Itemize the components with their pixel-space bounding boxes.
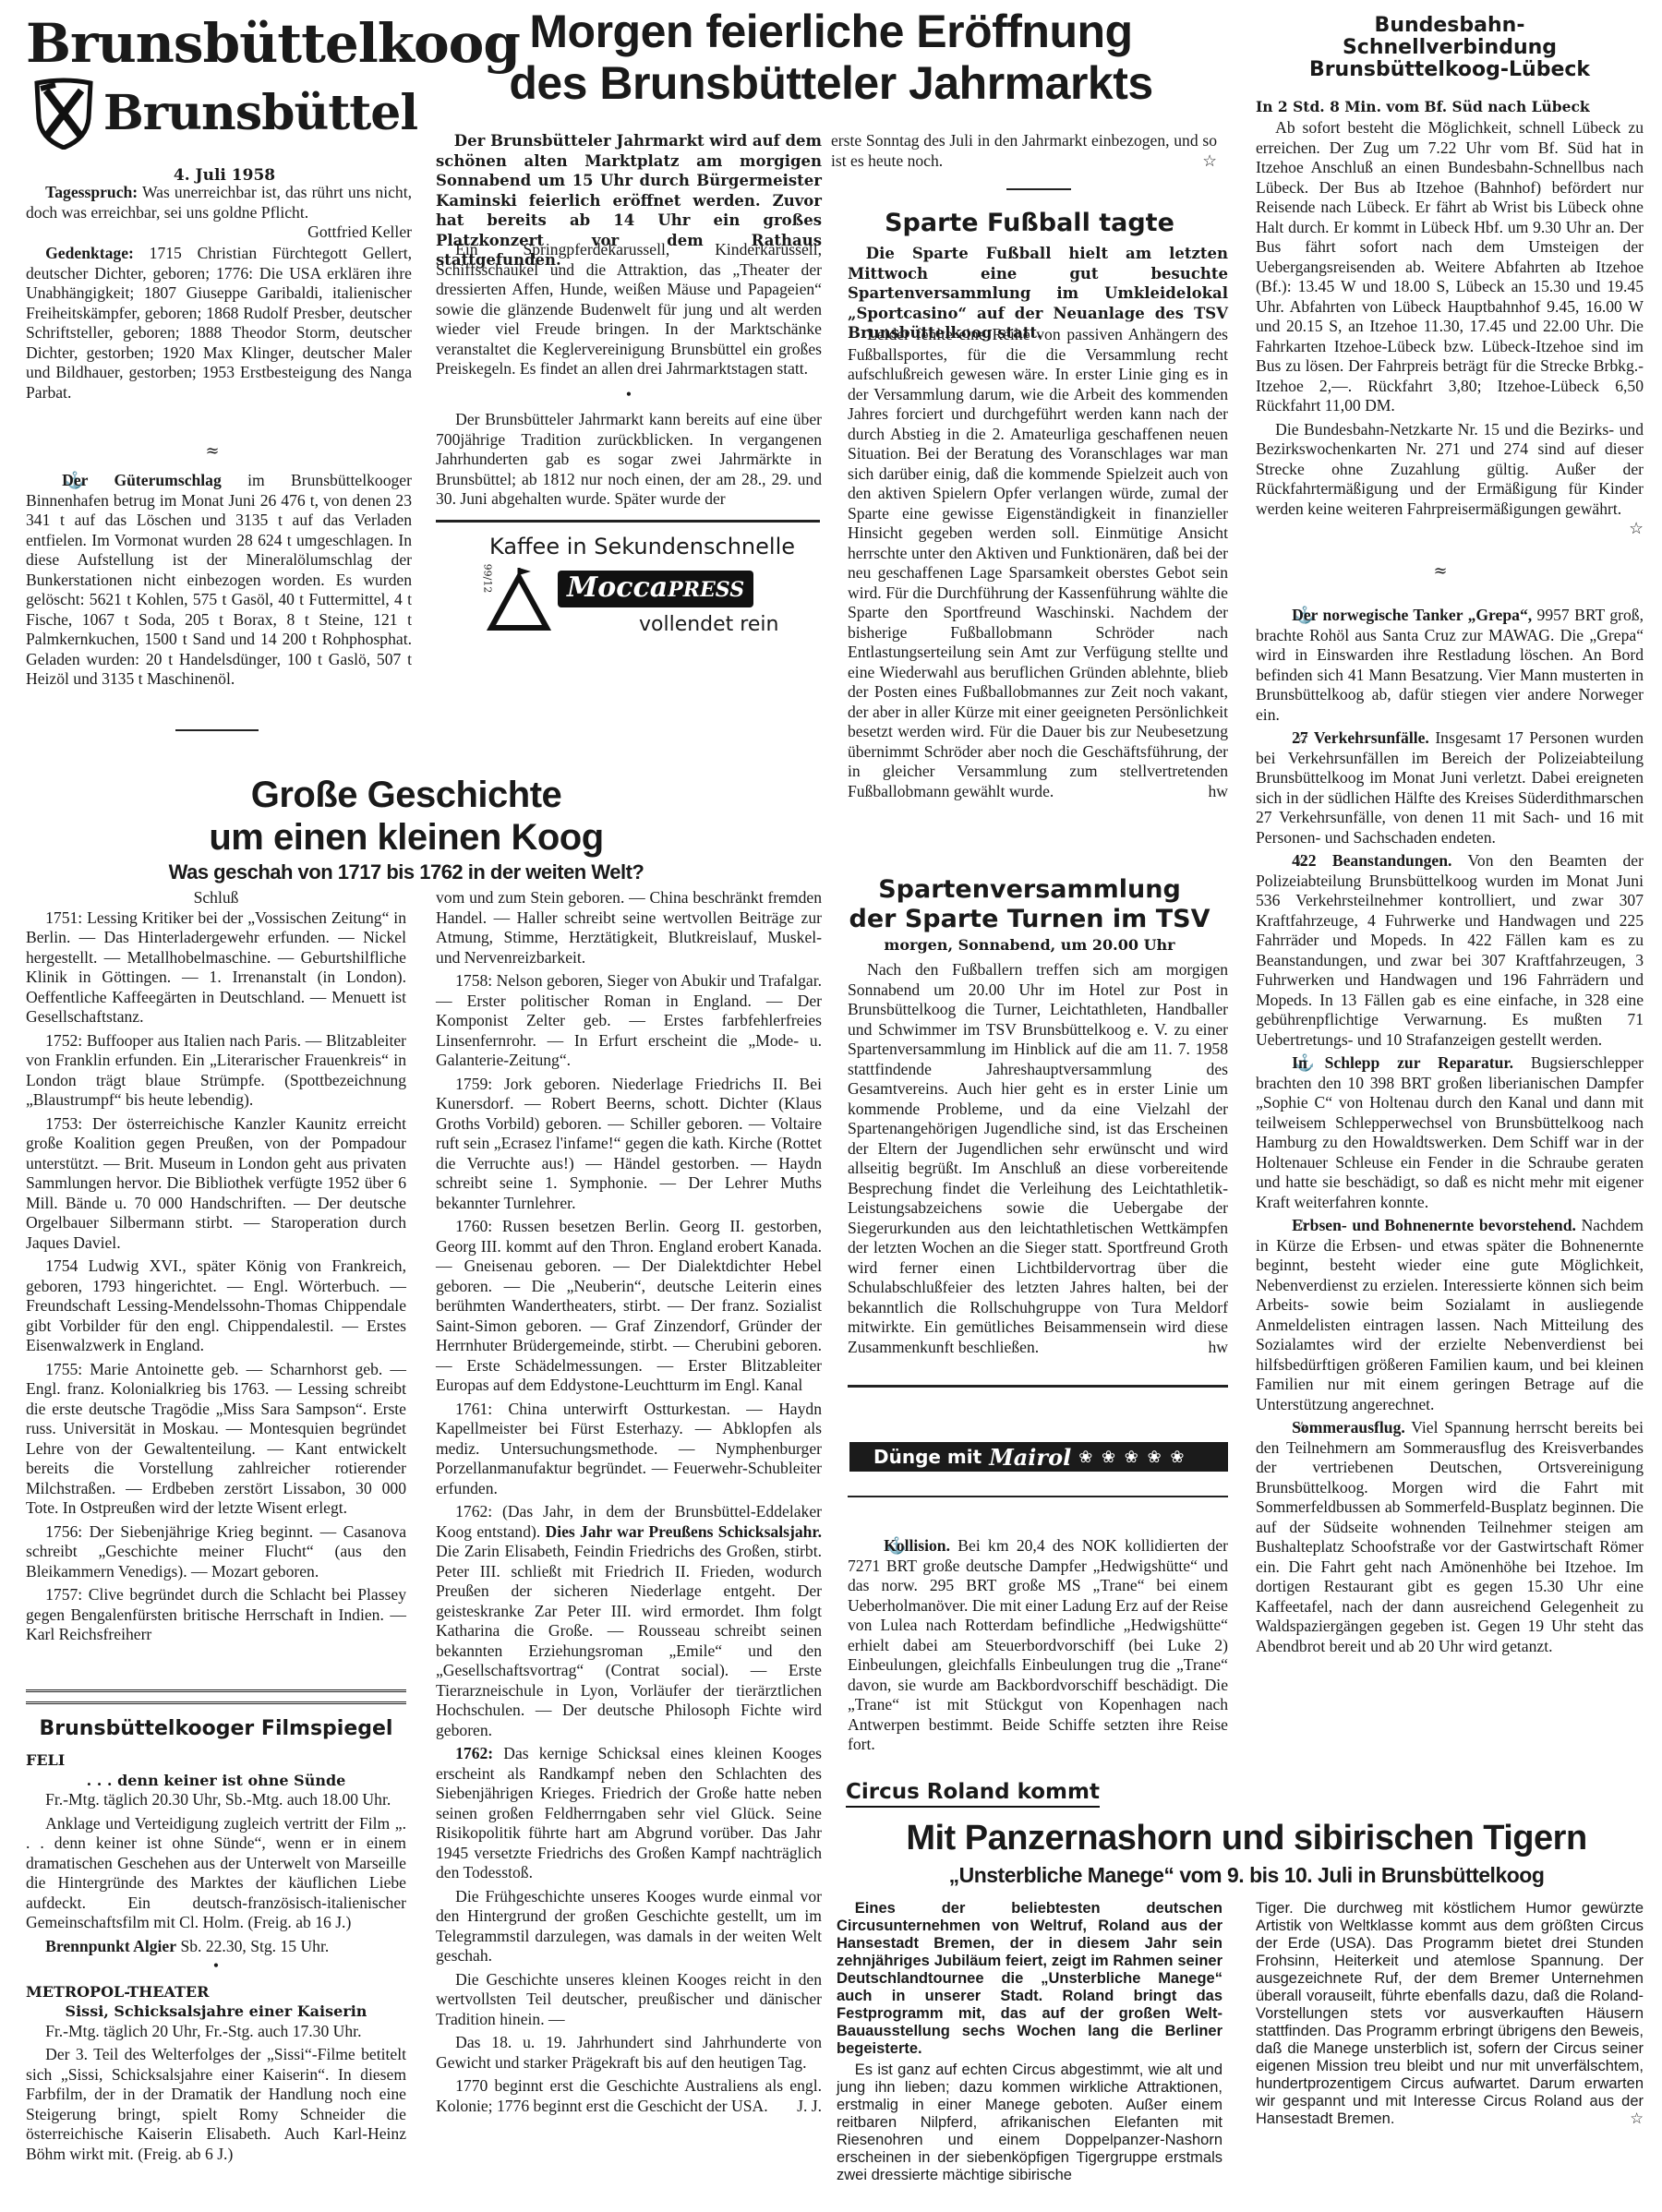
flower-icons: ❀ ❀ ❀ ❀ ❀ — [1078, 1448, 1186, 1467]
circus-headline: Mit Panzernashorn und sibirischen Tigern — [831, 1819, 1662, 1858]
anchor-icon: ⚓ — [45, 471, 62, 491]
film-description: Anklage und Verteidigung zugleich vertri… — [26, 1814, 406, 1933]
koog-col1: Schluß 1751: Lessing Kritiker bei der „V… — [26, 888, 406, 1645]
ad-top-rule — [848, 1385, 1228, 1388]
koog-closing: Das 18. u. 19. Jahrhundert sind Jahrhund… — [436, 2033, 822, 2073]
fussball-headline: Sparte Fußball tagte — [831, 209, 1228, 237]
gedenktage: Gedenktage: 1715 Christian Fürchtegott G… — [26, 244, 412, 403]
anchor-icon: ⚓ — [1275, 1053, 1292, 1074]
kollision-text: Bei km 20,4 des NOK kollidierten der 727… — [848, 1536, 1228, 1753]
ornament-border — [26, 1689, 406, 1704]
koog-entry: 1752: Buffooper aus Italien nach Paris. … — [26, 1031, 406, 1111]
turnen-headline: Spartenversammlung der Sparte Turnen im … — [831, 875, 1228, 934]
ad-mairol-prefix: Dünge mit — [873, 1446, 982, 1468]
koog-entry: 1760: Russen besetzen Berlin. Georg II. … — [436, 1217, 822, 1396]
cinema-metropol: METROPOL-THEATER — [26, 1982, 406, 2002]
gueterumschlag-lead: Der Güterumschlag — [62, 471, 222, 489]
ad-mairol-brand: Mairol — [989, 1444, 1071, 1471]
turnen-headline-line2: der Sparte Turnen im TSV — [831, 905, 1228, 934]
turnen-body: Nach den Fußballern treffen sich am morg… — [848, 960, 1228, 1357]
bullet-divider: • — [436, 385, 822, 405]
notice-item: ⚓In Schlepp zur Reparatur. Bugsierschlep… — [1256, 1053, 1644, 1212]
koog-entry: 1758: Nelson geboren, Sieger von Abukir … — [436, 971, 822, 1071]
koog-entry-1762b: 1762: Das kernige Schicksal eines kleine… — [436, 1744, 822, 1883]
bundesbahn-headline-line1: Bundesbahn- — [1237, 15, 1662, 37]
masthead-title-2: Brunsbüttel — [103, 86, 417, 141]
gedenktage-label: Gedenktage: — [45, 244, 134, 262]
tagesspruch-author: Gottfried Keller — [288, 222, 412, 243]
fussball-body: Leider fehlte eine Reihe von passiven An… — [848, 325, 1228, 801]
notice-item: ⚓Der norwegische Tanker „Grepa“, 9957 BR… — [1256, 606, 1644, 725]
film-title: . . . denn keiner ist ohne Sünde — [26, 1771, 406, 1791]
koog-entry: 1755: Marie Antoinette geb. — Scharnhors… — [26, 1360, 406, 1519]
jahrmarkt-continued: erste Sonntag des Juli in den Jahrmarkt … — [831, 131, 1217, 171]
ad-brand: MoccaPRESS — [558, 571, 753, 607]
film-title: Sissi, Schicksalsjahre einer Kaiserin — [26, 2002, 406, 2022]
star-icon: ☆ — [1275, 1418, 1292, 1438]
koog-closing: Die Geschichte unseres kleinen Kooges re… — [436, 1970, 822, 2030]
tagesspruch: Tagesspruch: Was unerreichbar ist, das r… — [26, 183, 412, 243]
notice-item: ☆Sommerausflug. Viel Spannung herrscht b… — [1256, 1418, 1644, 1656]
filmspiegel-body: FELI . . . denn keiner ist ohne Sünde Fr… — [26, 1750, 406, 2164]
bundesbahn-headline-line3: Brunsbüttelkoog-Lübeck — [1237, 59, 1662, 81]
koog-entry: 1753: Der österreichische Kanzler Kaunit… — [26, 1114, 406, 1254]
notice-item: ☆Erbsen- und Bohnenernte bevorstehend. N… — [1256, 1216, 1644, 1414]
koog-entry: 1757: Clive begründet durch die Schlacht… — [26, 1585, 406, 1645]
bundesbahn-para1: Ab sofort besteht die Möglichkeit, schne… — [1256, 118, 1644, 416]
kollision-lead: Kollision. — [884, 1536, 950, 1555]
film-times: Fr.-Mtg. täglich 20.30 Uhr, Sb.-Mtg. auc… — [26, 1790, 406, 1810]
turnen-headline-line1: Spartenversammlung — [831, 875, 1228, 905]
gedenktage-text: 1715 Christian Fürchtegott Gellert, deut… — [26, 244, 412, 402]
masthead-title-1: Brunsbüttelkoog — [26, 13, 423, 74]
issue-date: 4. Juli 1958 — [26, 166, 423, 185]
jahrmarkt-para2-cont: erste Sonntag des Juli in den Jahrmarkt … — [831, 131, 1217, 170]
author: hw — [1188, 782, 1228, 802]
circus-para1: Es ist ganz auf echten Circus abgestimmt… — [837, 2062, 1222, 2184]
film-times: Sb. 22.30, Stg. 15 Uhr. — [180, 1937, 329, 1955]
gueterumschlag-text: im Brunsbüttelkooger Binnenhafen betrug … — [26, 471, 412, 688]
ad-brand-main: Mocca — [567, 571, 668, 604]
koog-entry: 1756: Der Siebenjährige Krieg beginnt. —… — [26, 1522, 406, 1582]
masthead: Brunsbüttelkoog Brunsbüttel 4. Juli 1958 — [26, 13, 423, 185]
koog-headline-line1: Große Geschichte — [0, 774, 813, 816]
anchor-icon: ⚓ — [867, 1536, 884, 1557]
jahrmarkt-body: Ein Springpferdekarussell, Kinderkarusse… — [436, 240, 822, 510]
author: hw — [1188, 1338, 1228, 1358]
ad-code: 99/12 — [481, 564, 493, 594]
circus-lead: Eines der beliebtesten deutschen Circusu… — [837, 1900, 1222, 2058]
gueterumschlag-article: ⚓Der Güterumschlag im Brunsbüttelkooger … — [26, 471, 412, 690]
local-notices: ⚓Der norwegische Tanker „Grepa“, 9957 BR… — [1256, 606, 1644, 1656]
notice-item: ☆27 Verkehrsunfälle. Insgesamt 17 Person… — [1256, 728, 1644, 848]
koog-closing: Die Frühgeschichte unseres Kooges wurde … — [436, 1887, 822, 1966]
koog-entry: vom und zum Stein geboren. — China besch… — [436, 888, 822, 968]
film-times: Fr.-Mtg. täglich 20 Uhr, Fr.-Stg. auch 1… — [26, 2022, 406, 2042]
author: J. J. — [777, 2097, 822, 2117]
star-icon: ☆ — [1630, 2110, 1644, 2128]
wave-separator-icon: ≈ — [194, 441, 231, 461]
turnen-body-text: Nach den Fußballern treffen sich am morg… — [848, 960, 1228, 1356]
jahrmarkt-headline-line1: Morgen feierliche Eröffnung — [434, 6, 1228, 57]
bundesbahn-body: Ab sofort besteht die Möglichkeit, schne… — [1256, 118, 1644, 539]
ad-mairol: Dünge mit Mairol ❀ ❀ ❀ ❀ ❀ — [849, 1442, 1228, 1472]
filmspiegel-headline: Brunsbüttelkooger Filmspiegel — [26, 1717, 406, 1740]
koog-entry: 1751: Lessing Kritiker bei der „Vossisch… — [26, 908, 406, 1028]
tagesspruch-label: Tagesspruch: — [45, 183, 138, 201]
circus-col1: Eines der beliebtesten deutschen Circusu… — [837, 1900, 1222, 2184]
koog-entry-1762a: 1762: (Das Jahr, in dem der Brunsbüttel-… — [436, 1502, 822, 1740]
star-icon: ☆ — [1202, 151, 1217, 172]
circus-subhead: „Unsterbliche Manege“ vom 9. bis 10. Jul… — [831, 1863, 1662, 1888]
bundesbahn-headline: Bundesbahn- Schnellverbindung Brunsbütte… — [1237, 15, 1662, 81]
ad-top-rule — [436, 520, 820, 523]
jahrmarkt-para1: Ein Springpferdekarussell, Kinderkarusse… — [436, 240, 822, 379]
star-icon: ☆ — [1275, 728, 1292, 749]
bundesbahn-headline-line2: Schnellverbindung — [1237, 37, 1662, 59]
fussball-body-text: Leider fehlte eine Reihe von passiven An… — [848, 325, 1228, 800]
schluss-label: Schluß — [26, 888, 406, 908]
koog-entry: 1761: China unterwirft Ostturkestan. — H… — [436, 1400, 822, 1499]
cinema-feli: FELI — [26, 1750, 406, 1771]
ad-brand-suffix: PRESS — [668, 578, 744, 602]
kollision-article: ⚓Kollision. Bei km 20,4 des NOK kollidie… — [848, 1536, 1228, 1755]
circus-para2: Tiger. Die durchweg mit köstlichem Humor… — [1256, 1900, 1644, 2127]
koog-headline-line2: um einen kleinen Koog — [0, 816, 813, 859]
ad-line1: Kaffee in Sekundenschnelle — [489, 534, 795, 559]
short-divider — [175, 729, 259, 731]
film-title: Brennpunkt Algier — [45, 1937, 176, 1955]
jahrmarkt-headline: Morgen feierliche Eröffnung des Brunsbüt… — [434, 6, 1228, 109]
star-icon: ☆ — [1609, 519, 1644, 539]
koog-subhead: Was geschah von 1717 bis 1762 in der wei… — [0, 860, 813, 884]
koog-headline: Große Geschichte um einen kleinen Koog — [0, 774, 813, 859]
anchor-icon: ⚓ — [1275, 606, 1292, 626]
ad-bottom-rule — [848, 1496, 1228, 1497]
koog-entry: 1759: Jork geboren. Niederlage Friedrich… — [436, 1075, 822, 1214]
koog-closing: 1770 beginnt erst die Geschichte Austral… — [436, 2076, 822, 2115]
star-icon: ☆ — [1275, 851, 1292, 872]
ad-moccapress: Kaffee in Sekundenschnelle 99/12 MoccaPR… — [436, 526, 822, 637]
short-divider — [1006, 188, 1071, 190]
circus-col2: Tiger. Die durchweg mit köstlichem Humor… — [1256, 1900, 1644, 2128]
koog-col2: vom und zum Stein geboren. — China besch… — [436, 888, 822, 2116]
coat-of-arms-icon — [31, 78, 96, 150]
turnen-subhead: morgen, Sonnabend, um 20.00 Uhr — [831, 936, 1228, 954]
bundesbahn-subhead: In 2 Std. 8 Min. vom Bf. Süd nach Lübeck — [1256, 98, 1644, 115]
bullet-divider: • — [26, 1956, 406, 1977]
tent-icon — [487, 568, 551, 636]
koog-entry: 1754 Ludwig XVI., später König von Frank… — [26, 1256, 406, 1356]
jahrmarkt-headline-line2: des Brunsbütteler Jahrmarkts — [434, 57, 1228, 109]
ad-line3: vollendet rein — [639, 613, 778, 636]
circus-kicker: Circus Roland kommt — [846, 1780, 1100, 1808]
film-description: Der 3. Teil des Welterfolges der „Sissi“… — [26, 2045, 406, 2164]
bundesbahn-para2: Die Bundesbahn-Netzkarte Nr. 15 und die … — [1256, 420, 1644, 518]
notice-item: ☆422 Beanstandungen. Von den Beamten der… — [1256, 851, 1644, 1050]
star-icon: ☆ — [1275, 1216, 1292, 1236]
wave-separator-icon: ≈ — [1422, 561, 1459, 581]
jahrmarkt-para2: Der Brunsbütteler Jahrmarkt kann bereits… — [436, 410, 822, 510]
